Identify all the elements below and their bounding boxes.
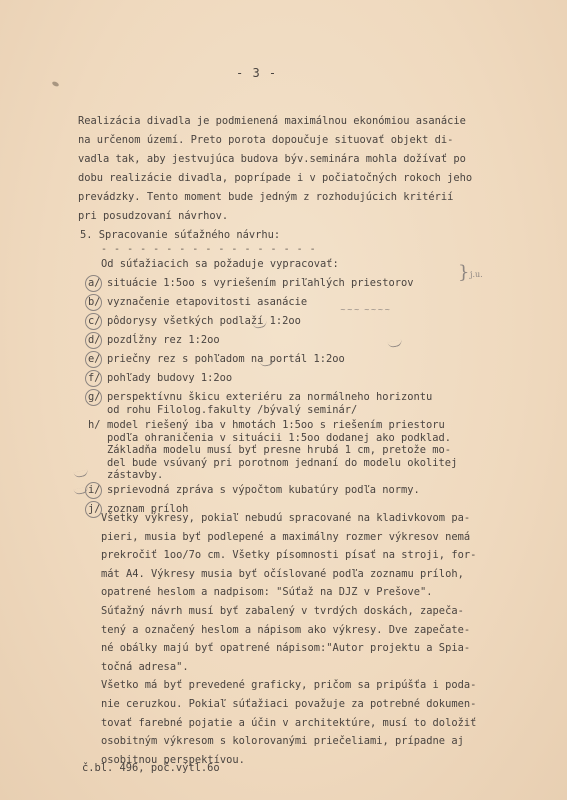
item-label: j/ <box>88 503 101 516</box>
pencil-circle-mark <box>85 275 102 292</box>
list-item: g/perspektívnu škicu exteriéru za normál… <box>88 391 432 416</box>
page-number: - 3 - <box>236 66 277 80</box>
pencil-circle-mark <box>85 389 102 406</box>
pencil-circle-mark <box>85 482 102 499</box>
list-item: b/vyznačenie etapovitosti asanácie <box>88 296 307 309</box>
pencil-brace-annotation: } <box>458 262 469 283</box>
list-item: i/sprievodná zpráva s výpočtom kubatúry … <box>88 484 420 497</box>
pencil-circle-mark <box>85 370 102 387</box>
item-text: priečny rez s pohľadom na portál 1:2oo <box>101 353 345 366</box>
item-label: h/ <box>88 419 101 432</box>
list-item: f/pohľady budovy 1:2oo <box>88 372 232 385</box>
ink-smudge <box>51 81 59 88</box>
list-item: d/pozdĺžny rez 1:2oo <box>88 334 220 347</box>
heading-underline: - - - - - - - - - - - - - - - - - <box>101 244 316 255</box>
item-label: f/ <box>88 372 101 385</box>
item-text: model riešený iba v hmotách 1:5oo s rieš… <box>101 419 457 482</box>
pencil-check-mark <box>260 359 275 368</box>
list-item: e/priečny rez s pohľadom na portál 1:2oo <box>88 353 345 366</box>
pencil-check-mark <box>253 321 268 330</box>
item-label: e/ <box>88 353 101 366</box>
item-text: sprievodná zpráva s výpočtom kubatúry po… <box>101 484 420 497</box>
item-label: a/ <box>88 277 101 290</box>
footer-note: č.bl. 496, poč.výtl.6o <box>82 762 220 774</box>
section-intro: Od súťažiacich sa požaduje vypracovať: <box>101 258 339 270</box>
item-text: pohľady budovy 1:2oo <box>101 372 232 385</box>
item-label: d/ <box>88 334 101 347</box>
pencil-circle-mark <box>85 332 102 349</box>
pencil-circle-mark <box>85 313 102 330</box>
item-text: vyznačenie etapovitosti asanácie <box>101 296 307 309</box>
item-text: situácie 1:5oo s vyriešením priľahlých p… <box>101 277 414 290</box>
section-heading: 5. Spracovanie súťažného návrhu: <box>80 229 280 241</box>
list-item: h/model riešený iba v hmotách 1:5oo s ri… <box>88 419 457 482</box>
item-text: perspektívnu škicu exteriéru za normálne… <box>101 391 432 416</box>
pencil-circle-mark <box>85 351 102 368</box>
item-text: pozdĺžny rez 1:2oo <box>101 334 220 347</box>
drawings-paragraph: Všetky výkresy, pokiaľ nebudú spracované… <box>101 509 531 769</box>
item-label: b/ <box>88 296 101 309</box>
pencil-scribble-annotation: ~~~ ~~~~ <box>340 306 391 314</box>
pencil-circle-mark <box>85 501 102 518</box>
pencil-initials-annotation: j.u. <box>470 270 483 279</box>
pencil-check-mark <box>388 340 403 349</box>
item-label: i/ <box>88 484 101 497</box>
document-page: - 3 - Realizácia divadla je podmienená m… <box>0 0 567 800</box>
item-text: pôdorysy všetkých podlaží 1:2oo <box>101 315 301 328</box>
list-item: a/situácie 1:5oo s vyriešením priľahlých… <box>88 277 414 290</box>
item-label: g/ <box>88 391 101 404</box>
pencil-circle-mark <box>85 294 102 311</box>
intro-paragraph: Realizácia divadla je podmienená maximál… <box>78 112 518 226</box>
pencil-check-mark <box>74 470 89 479</box>
item-label: c/ <box>88 315 101 328</box>
list-item: c/pôdorysy všetkých podlaží 1:2oo <box>88 315 301 328</box>
